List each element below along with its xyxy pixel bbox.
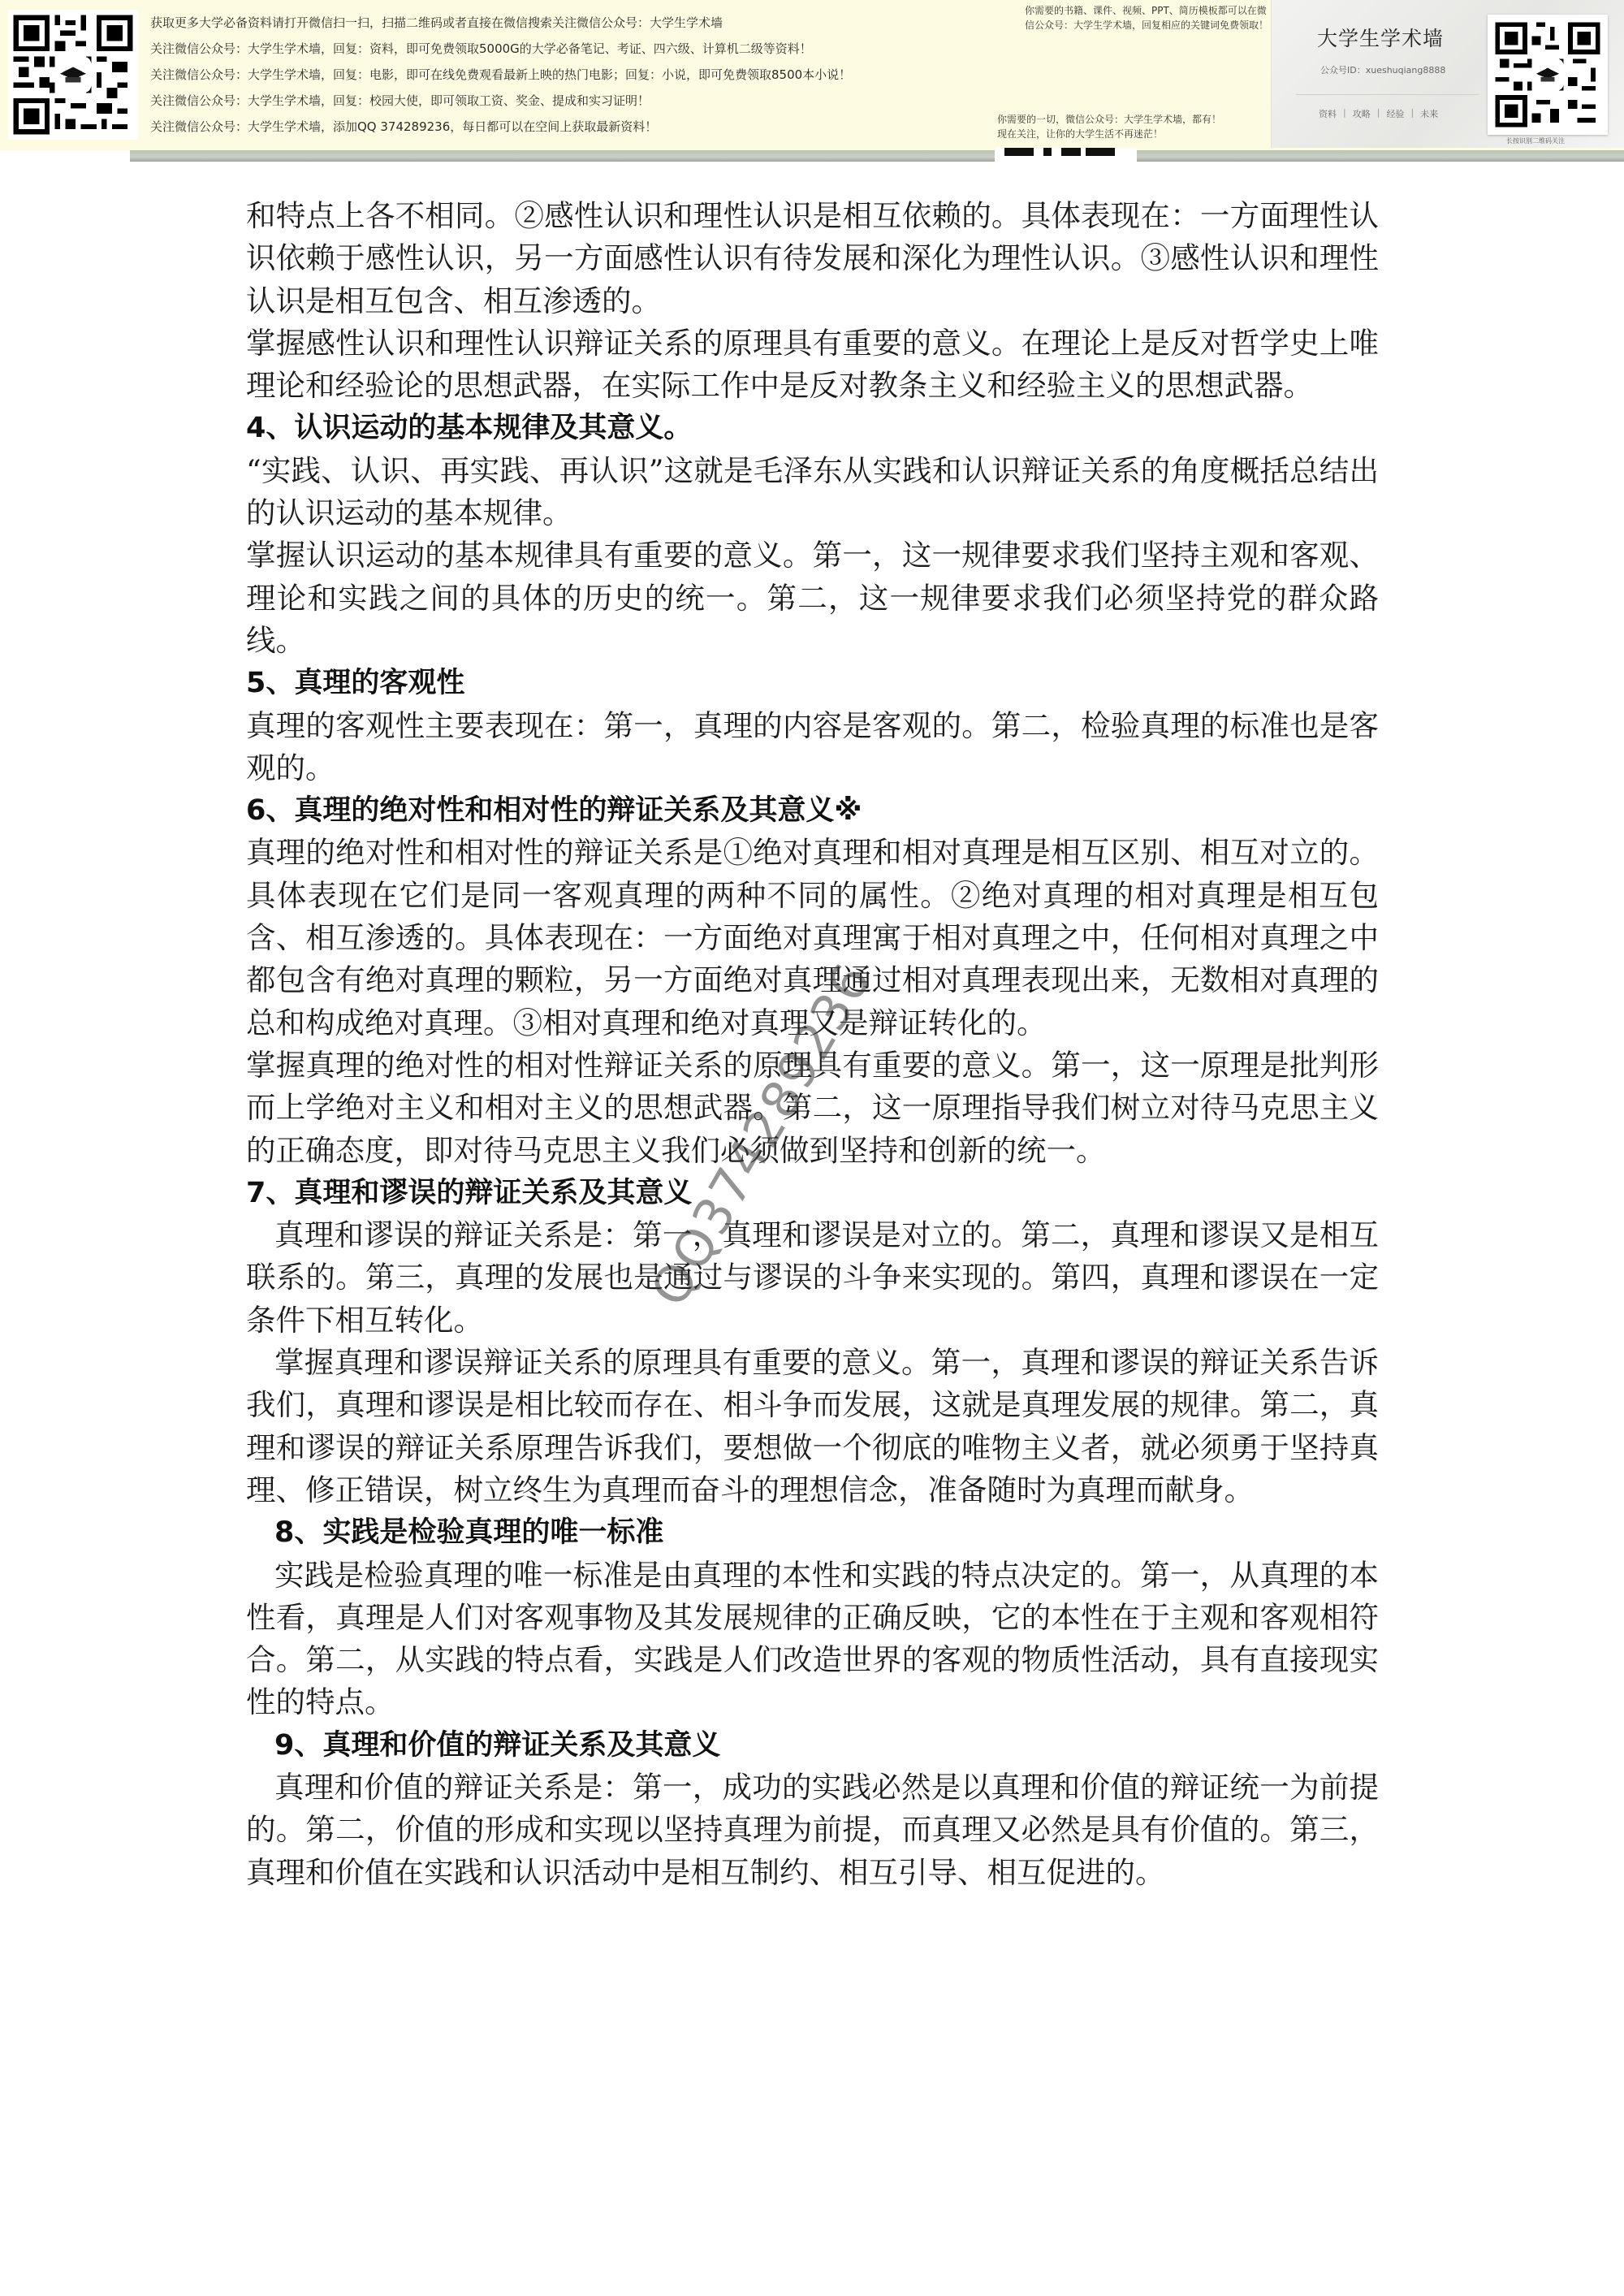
- promo-side-text: 你需要的书籍、课件、视频、PPT、简历模板都可以在微信公众号：大学生学术墙，回复…: [1025, 3, 1268, 32]
- tag-separator: |: [1343, 107, 1346, 120]
- promo-line: 关注微信公众号：大学生学术墙，回复：资料，即可免费领取5000G的大学必备笔记、…: [150, 36, 1003, 62]
- paragraph: 实践是检验真理的唯一标准是由真理的本性和实践的特点决定的。第一，从真理的本性看，…: [246, 1554, 1379, 1724]
- paragraph: 掌握认识运动的基本规律具有重要的意义。第一，这一规律要求我们坚持主观和客观、理论…: [246, 534, 1379, 662]
- account-card-title: 大学生学术墙: [1317, 23, 1444, 52]
- paragraph: 掌握真理的绝对性的相对性辩证关系的原理具有重要的意义。第一，这一原理是批判形而上…: [246, 1044, 1379, 1172]
- card-divider: [1296, 94, 1479, 95]
- banner-strip-gap: [995, 148, 1137, 164]
- card-tags: 资料| 攻略| 经验| 未来: [1319, 107, 1438, 120]
- section-heading: 5、真理的客观性: [246, 662, 1379, 704]
- qr-code-right-icon[interactable]: [1488, 15, 1608, 135]
- tag-separator: |: [1377, 107, 1380, 120]
- promo-side-bottom-text: 你需要的一切，微信公众号：大学生学术墙，都有！ 现在关注，让你的大学生活不再迷茫…: [997, 112, 1273, 141]
- promo-text-lines: 获取更多大学必备资料请打开微信扫一扫，扫描二维码或者直接在微信搜索关注微信公众号…: [150, 10, 1003, 140]
- paragraph: “实践、认识、再实践、再认识”这就是毛泽东从实践和认识辩证关系的角度概括总结出的…: [246, 450, 1379, 535]
- section-heading: 8、实践是检验真理的唯一标准: [246, 1511, 1379, 1554]
- section-heading: 6、真理的绝对性和相对性的辩证关系及其意义※: [246, 789, 1379, 832]
- promo-line: 关注微信公众号：大学生学术墙，回复：校园大使，即可领取工资、奖金、提成和实习证明…: [150, 88, 1003, 114]
- qr-hint: 长按识别二维码关注: [1506, 136, 1565, 145]
- paragraph: 和特点上各不相同。②感性认识和理性认识是相互依赖的。具体表现在：一方面理性认识依…: [246, 195, 1379, 322]
- promo-side-bottom-line: 现在关注，让你的大学生活不再迷茫！: [997, 127, 1273, 141]
- paragraph: 真理和谬误的辩证关系是：第一，真理和谬误是对立的。第二，真理和谬误又是相互联系的…: [246, 1214, 1379, 1342]
- promo-line: 获取更多大学必备资料请打开微信扫一扫，扫描二维码或者直接在微信搜索关注微信公众号…: [150, 10, 1003, 36]
- section-heading: 4、认识运动的基本规律及其意义。: [246, 407, 1379, 449]
- section-heading: 9、真理和价值的辩证关系及其意义: [246, 1724, 1379, 1766]
- tag-separator: |: [1410, 107, 1414, 120]
- paragraph: 掌握真理和谬误辩证关系的原理具有重要的意义。第一，真理和谬误的辩证关系告诉我们，…: [246, 1342, 1379, 1511]
- paragraph: 掌握感性认识和理性认识辩证关系的原理具有重要的意义。在理论上是反对哲学史上唯理论…: [246, 322, 1379, 408]
- document-body: 和特点上各不相同。②感性认识和理性认识是相互依赖的。具体表现在：一方面理性认识依…: [246, 195, 1379, 1894]
- card-tag: 经验: [1386, 107, 1404, 120]
- card-tag: 攻略: [1353, 107, 1371, 120]
- account-id: 公众号ID：xueshuqiang8888: [1320, 63, 1445, 76]
- banner-bottom-strip: [130, 150, 1624, 162]
- card-tag: 资料: [1319, 107, 1337, 120]
- promo-banner: 获取更多大学必备资料请打开微信扫一扫，扫描二维码或者直接在微信搜索关注微信公众号…: [0, 0, 1624, 162]
- paragraph: 真理的绝对性和相对性的辩证关系是①绝对真理和相对真理是相互区别、相互对立的。具体…: [246, 832, 1379, 1044]
- paragraph: 真理和价值的辩证关系是：第一，成功的实践必然是以真理和价值的辩证统一为前提的。第…: [246, 1766, 1379, 1894]
- paragraph: 真理的客观性主要表现在：第一，真理的内容是客观的。第二，检验真理的标准也是客观的…: [246, 705, 1379, 790]
- section-heading: 7、真理和谬误的辩证关系及其意义: [246, 1172, 1379, 1214]
- qr-code-left-icon[interactable]: [8, 10, 138, 140]
- card-tag: 未来: [1420, 107, 1438, 120]
- promo-side-bottom-line: 你需要的一切，微信公众号：大学生学术墙，都有！: [997, 112, 1273, 127]
- promo-line: 关注微信公众号：大学生学术墙，回复：电影，即可在线免费观看最新上映的热门电影；回…: [150, 62, 1003, 88]
- promo-line: 关注微信公众号：大学生学术墙，添加QQ 374289236，每日都可以在空间上获…: [150, 114, 1003, 140]
